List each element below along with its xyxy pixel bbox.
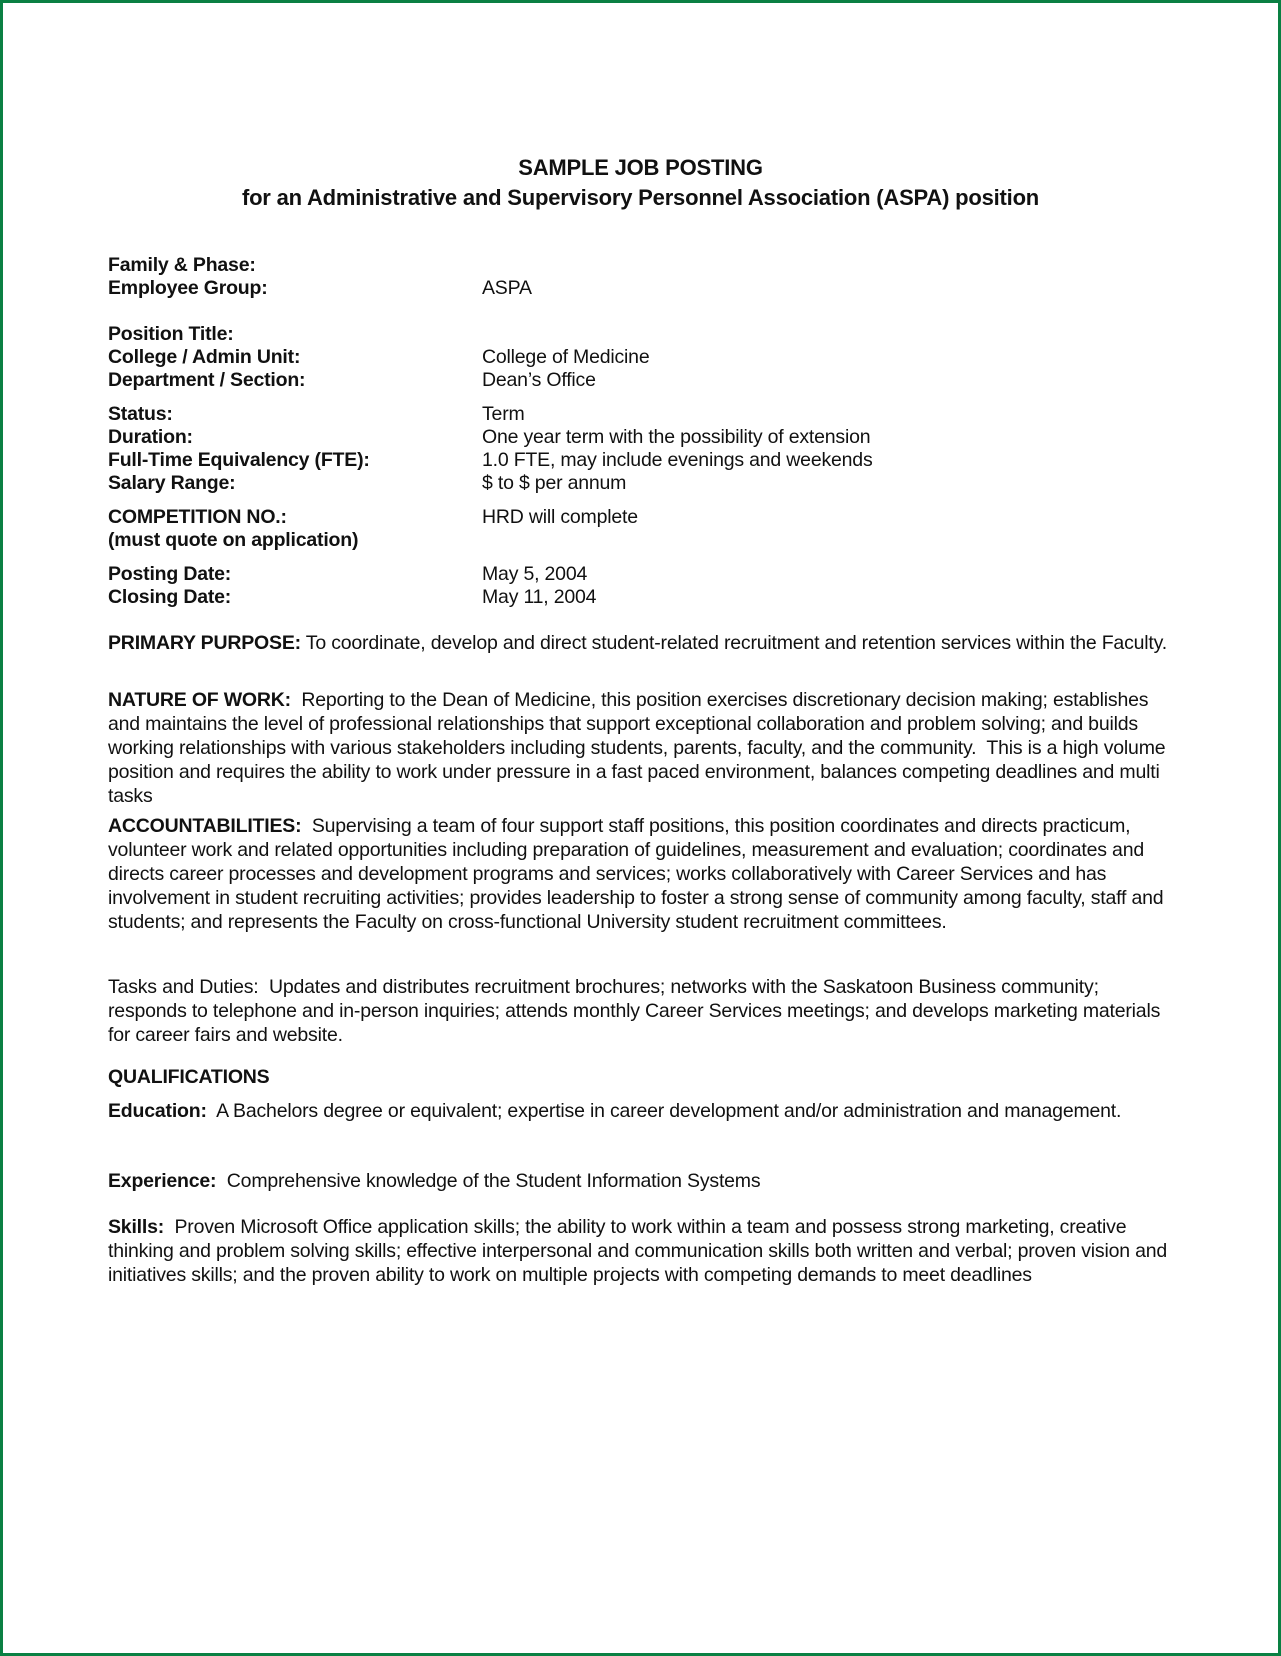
nature-of-work-paragraph: NATURE OF WORK: Reporting to the Dean of… (108, 688, 1173, 808)
skills-paragraph: Skills: Proven Microsoft Office applicat… (108, 1215, 1173, 1287)
field-value: HRD will complete (482, 505, 638, 529)
field-status: Status: Term (108, 402, 1178, 426)
field-label: Full-Time Equivalency (FTE): (108, 448, 370, 472)
primary-purpose-label: PRIMARY PURPOSE: (108, 632, 301, 654)
field-competition-note: (must quote on application) (108, 528, 1178, 552)
field-label: (must quote on application) (108, 528, 358, 552)
field-duration: Duration: One year term with the possibi… (108, 425, 1178, 449)
document-title: SAMPLE JOB POSTING (0, 153, 1281, 183)
tasks-and-duties-paragraph: Tasks and Duties: Updates and distribute… (108, 975, 1173, 1047)
field-value: 1.0 FTE, may include evenings and weeken… (482, 448, 873, 472)
primary-purpose-paragraph: PRIMARY PURPOSE: To coordinate, develop … (108, 631, 1173, 655)
field-department-section: Department / Section: Dean’s Office (108, 368, 1178, 392)
field-value: May 11, 2004 (482, 585, 596, 609)
qualifications-heading: QUALIFICATIONS (108, 1065, 270, 1089)
education-paragraph: Education: A Bachelors degree or equival… (108, 1099, 1173, 1123)
field-salary-range: Salary Range: $ to $ per annum (108, 471, 1178, 495)
field-label: Closing Date: (108, 585, 231, 609)
field-label: Employee Group: (108, 276, 268, 300)
field-college-admin-unit: College / Admin Unit: College of Medicin… (108, 345, 1178, 369)
field-family-phase: Family & Phase: (108, 253, 1178, 277)
experience-label: Experience: (108, 1170, 216, 1192)
primary-purpose-text: To coordinate, develop and direct studen… (301, 632, 1167, 654)
skills-label: Skills: (108, 1216, 164, 1238)
experience-paragraph: Experience: Comprehensive knowledge of t… (108, 1169, 1173, 1193)
field-value: College of Medicine (482, 345, 649, 369)
field-position-title: Position Title: (108, 322, 1178, 346)
field-label: Family & Phase: (108, 253, 256, 277)
field-label: Position Title: (108, 322, 234, 346)
field-competition-no: COMPETITION NO.: HRD will complete (108, 505, 1178, 529)
field-employee-group: Employee Group: ASPA (108, 276, 1178, 300)
field-label: COMPETITION NO.: (108, 505, 287, 529)
field-value: ASPA (482, 276, 532, 300)
document-subtitle: for an Administrative and Supervisory Pe… (0, 183, 1281, 213)
accountabilities-label: ACCOUNTABILITIES: (108, 815, 301, 837)
field-label: Status: (108, 402, 173, 426)
field-fte: Full-Time Equivalency (FTE): 1.0 FTE, ma… (108, 448, 1178, 472)
skills-text: Proven Microsoft Office application skil… (108, 1216, 1172, 1286)
field-value: Term (482, 402, 525, 426)
field-label: College / Admin Unit: (108, 345, 300, 369)
field-closing-date: Closing Date: May 11, 2004 (108, 585, 1178, 609)
education-text: A Bachelors degree or equivalent; expert… (207, 1100, 1121, 1122)
field-value: Dean’s Office (482, 368, 596, 392)
experience-text: Comprehensive knowledge of the Student I… (216, 1170, 760, 1192)
education-label: Education: (108, 1100, 207, 1122)
field-label: Salary Range: (108, 471, 235, 495)
field-posting-date: Posting Date: May 5, 2004 (108, 562, 1178, 586)
tasks-and-duties-text: Tasks and Duties: Updates and distribute… (108, 976, 1165, 1046)
field-label: Department / Section: (108, 368, 305, 392)
field-value: $ to $ per annum (482, 471, 626, 495)
nature-of-work-label: NATURE OF WORK: (108, 689, 291, 711)
field-value: May 5, 2004 (482, 562, 587, 586)
accountabilities-paragraph: ACCOUNTABILITIES: Supervising a team of … (108, 814, 1173, 934)
field-label: Duration: (108, 425, 193, 449)
field-value: One year term with the possibility of ex… (482, 425, 870, 449)
field-label: Posting Date: (108, 562, 231, 586)
